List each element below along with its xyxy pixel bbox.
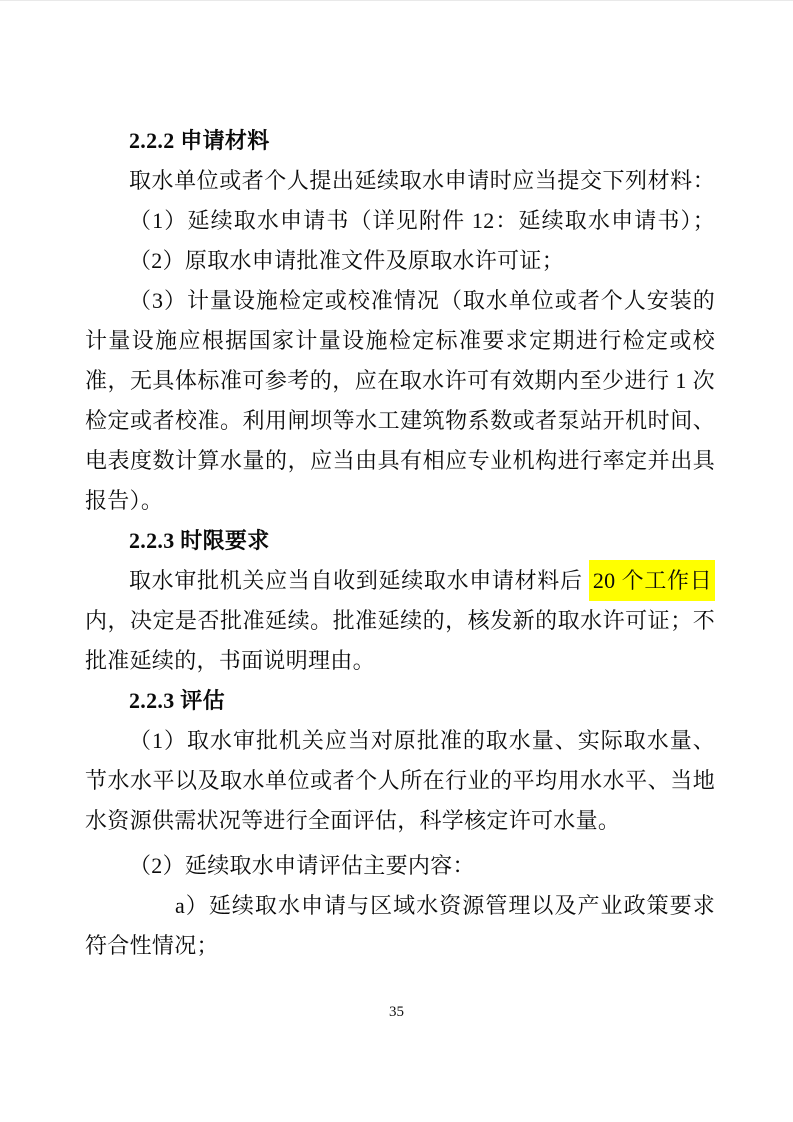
paragraph-line: 水资源供需状况等进行全面评估，科学核定许可水量。	[85, 801, 715, 841]
highlighted-text: 20 个工作日	[589, 560, 715, 601]
paragraph-line: 检定或者校准。利用闸坝等水工建筑物系数或者泵站开机时间、	[85, 401, 715, 441]
paragraph-line: 节水水平以及取水单位或者个人所在行业的平均用水水平、当地	[85, 761, 715, 801]
paragraph-line: 符合性情况；	[85, 926, 715, 966]
paragraph-line: 电表度数计算水量的，应当由具有相应专业机构进行率定并出具	[85, 441, 715, 481]
list-item-2: （2）延续取水申请评估主要内容：	[85, 846, 715, 886]
paragraph-line: 内，决定是否批准延续。批准延续的，核发新的取水许可证；不	[85, 601, 715, 641]
paragraph-line: 计量设施应根据国家计量设施检定标准要求定期进行检定或校	[85, 321, 715, 361]
section-heading-application-materials: 2.2.2 申请材料	[85, 121, 715, 161]
document-content: 2.2.2 申请材料 取水单位或者个人提出延续取水申请时应当提交下列材料： （1…	[85, 121, 715, 966]
list-item-2: （2）原取水申请批准文件及原取水许可证；	[85, 241, 715, 281]
paragraph-line-with-highlight: 取水审批机关应当自收到延续取水申请材料后 20 个工作日	[85, 561, 715, 601]
paragraph-line: 报告）。	[85, 481, 715, 521]
paragraph-line: 批准延续的，书面说明理由。	[85, 641, 715, 681]
section-heading-time-limit: 2.2.3 时限要求	[85, 521, 715, 561]
document-page: 2.2.2 申请材料 取水单位或者个人提出延续取水申请时应当提交下列材料： （1…	[0, 0, 793, 1122]
list-item-3: （3）计量设施检定或校准情况（取水单位或者个人安装的	[85, 281, 715, 321]
paragraph-line: 准，无具体标准可参考的，应在取水许可有效期内至少进行 1 次	[85, 361, 715, 401]
section-heading-evaluation: 2.2.3 评估	[85, 681, 715, 721]
list-item-1: （1）取水审批机关应当对原批准的取水量、实际取水量、	[85, 721, 715, 761]
paragraph-text: 取水审批机关应当自收到延续取水申请材料后	[129, 568, 589, 593]
sub-item-a: a）延续取水申请与区域水资源管理以及产业政策要求	[85, 886, 715, 926]
list-item-1: （1）延续取水申请书（详见附件 12：延续取水申请书）；	[85, 201, 715, 241]
paragraph-line: 取水单位或者个人提出延续取水申请时应当提交下列材料：	[85, 161, 715, 201]
page-number: 35	[0, 1001, 793, 1023]
